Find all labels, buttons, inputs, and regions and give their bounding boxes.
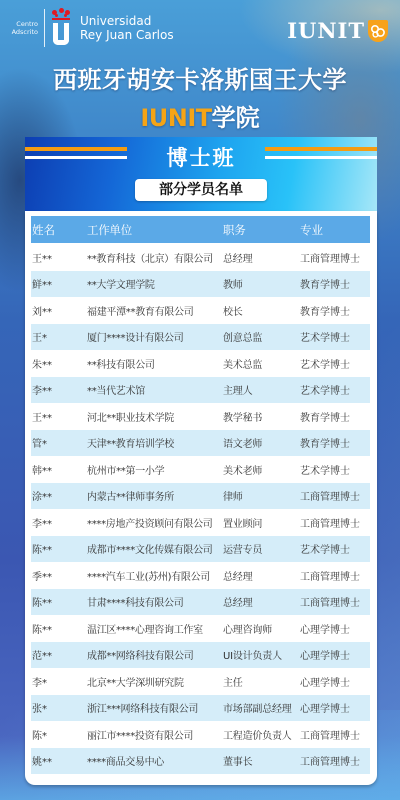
cell-major: 工商管理博士 [300, 488, 370, 503]
cell-org: 温江区****心理咨询工作室 [87, 621, 223, 636]
cell-name: 王** [31, 250, 87, 265]
table-row: 李****当代艺术馆主理人艺术学博士 [31, 377, 370, 404]
table-row: 陈*丽江市****投资有限公司工程造价负责人工商管理博士 [31, 721, 370, 748]
cell-name: 姚** [31, 753, 87, 768]
table-row: 鲜****大学文理学院教师教育学博士 [31, 271, 370, 298]
cell-major: 艺术学博士 [300, 382, 370, 397]
cell-major: 教育学博士 [300, 435, 370, 450]
cell-org: 内蒙古**律师事务所 [87, 488, 223, 503]
table-row: 王****教育科技（北京）有限公司总经理工商管理博士 [31, 244, 370, 271]
cell-position: 市场部副总经理 [223, 700, 300, 715]
cell-major: 教育学博士 [300, 276, 370, 291]
cell-org: ****商品交易中心 [87, 753, 223, 768]
cell-major: 心理学博士 [300, 621, 370, 636]
cell-name: 涂** [31, 488, 87, 503]
cell-major: 心理学博士 [300, 647, 370, 662]
cell-major: 艺术学博士 [300, 356, 370, 371]
cell-major: 工商管理博士 [300, 515, 370, 530]
cell-name: 刘** [31, 303, 87, 318]
cell-org: 成都**网络科技有限公司 [87, 647, 223, 662]
cell-org: 甘肃****科技有限公司 [87, 594, 223, 609]
cell-name: 王* [31, 329, 87, 344]
table-row: 王*厦门****设计有限公司创意总监艺术学博士 [31, 324, 370, 351]
cell-position: 运营专员 [223, 541, 300, 556]
cell-major: 心理学博士 [300, 674, 370, 689]
cell-major: 工商管理博士 [300, 568, 370, 583]
cell-name: 范** [31, 647, 87, 662]
cell-org: ****汽车工业(苏州)有限公司 [87, 568, 223, 583]
cell-org: 杭州市**第一小学 [87, 462, 223, 477]
iunit-logo: IUNIT [287, 20, 388, 42]
table-row: 季******汽车工业(苏州)有限公司总经理工商管理博士 [31, 562, 370, 589]
cell-name: 管* [31, 435, 87, 450]
cell-name: 陈* [31, 727, 87, 742]
iunit-wordmark: IUNIT [287, 20, 365, 42]
cell-position: 总经理 [223, 250, 300, 265]
centro-adscrito-label: Centro Adscrito [8, 20, 38, 36]
university-name: Universidad Rey Juan Carlos [80, 14, 174, 42]
table-row: 姚******商品交易中心董事长工商管理博士 [31, 748, 370, 775]
table-row: 张*浙江***网络科技有限公司市场部副总经理心理学博士 [31, 695, 370, 722]
cell-org: 丽江市****投资有限公司 [87, 727, 223, 742]
page-title: 西班牙胡安卡洛斯国王大学 [0, 60, 400, 95]
cell-name: 李* [31, 674, 87, 689]
cell-position: 总经理 [223, 568, 300, 583]
centro-line-1: Centro [8, 20, 38, 28]
column-header-name: 姓名 [31, 222, 87, 238]
cell-org: **当代艺术馆 [87, 382, 223, 397]
cell-position: 校长 [223, 303, 300, 318]
cell-position: 主任 [223, 674, 300, 689]
cell-org: **大学文理学院 [87, 276, 223, 291]
table-row: 刘**福建平潭**教育有限公司校长教育学博士 [31, 297, 370, 324]
cell-major: 艺术学博士 [300, 541, 370, 556]
cell-name: 陈** [31, 621, 87, 636]
cell-major: 工商管理博士 [300, 753, 370, 768]
cell-position: 主理人 [223, 382, 300, 397]
table-row: 管*天津**教育培训学校语文老师教育学博士 [31, 430, 370, 457]
cell-major: 教育学博士 [300, 409, 370, 424]
cell-name: 王** [31, 409, 87, 424]
cell-position: 美术总监 [223, 356, 300, 371]
cell-major: 工商管理博士 [300, 250, 370, 265]
cell-name: 鲜** [31, 276, 87, 291]
cell-major: 工商管理博士 [300, 727, 370, 742]
cell-position: 工程造价负责人 [223, 727, 300, 742]
column-header-org: 工作单位 [87, 222, 223, 238]
cell-major: 教育学博士 [300, 303, 370, 318]
cell-major: 心理学博士 [300, 700, 370, 715]
cell-name: 季** [31, 568, 87, 583]
subtitle-rest: 学院 [212, 104, 260, 132]
cell-major: 艺术学博士 [300, 462, 370, 477]
cell-position: 美术老师 [223, 462, 300, 477]
cell-org: 天津**教育培训学校 [87, 435, 223, 450]
cell-position: 心理咨询师 [223, 621, 300, 636]
iunit-shield-icon [368, 20, 388, 42]
cell-position: 语文老师 [223, 435, 300, 450]
cell-name: 韩** [31, 462, 87, 477]
program-title: 博士班 [25, 142, 377, 172]
cell-position: 置业顾问 [223, 515, 300, 530]
cell-name: 陈** [31, 541, 87, 556]
cell-org: 成都市****文化传媒有限公司 [87, 541, 223, 556]
table-row: 王**河北**职业技术学院教学秘书教育学博士 [31, 403, 370, 430]
cell-position: 创意总监 [223, 329, 300, 344]
list-label-pill: 部分学员名单 [135, 179, 267, 201]
table-row: 涂**内蒙古**律师事务所律师工商管理博士 [31, 483, 370, 510]
cell-position: 董事长 [223, 753, 300, 768]
column-header-major: 专业 [300, 222, 370, 238]
cell-name: 陈** [31, 594, 87, 609]
cell-org: 河北**职业技术学院 [87, 409, 223, 424]
cell-org: 浙江***网络科技有限公司 [87, 700, 223, 715]
cell-org: 福建平潭**教育有限公司 [87, 303, 223, 318]
cell-position: 律师 [223, 488, 300, 503]
cell-major: 艺术学博士 [300, 329, 370, 344]
table-row: 韩**杭州市**第一小学美术老师艺术学博士 [31, 456, 370, 483]
centro-line-2: Adscrito [8, 28, 38, 36]
cell-org: 北京**大学深圳研究院 [87, 674, 223, 689]
program-banner: 博士班 部分学员名单 [25, 137, 377, 211]
cell-org: ****房地产投资顾问有限公司 [87, 515, 223, 530]
student-list-card: 姓名 工作单位 职务 专业 王****教育科技（北京）有限公司总经理工商管理博士… [25, 211, 377, 785]
cell-org: 厦门****设计有限公司 [87, 329, 223, 344]
cell-org: **教育科技（北京）有限公司 [87, 250, 223, 265]
table-row: 范**成都**网络科技有限公司UI设计负责人心理学博士 [31, 642, 370, 669]
university-name-line-1: Universidad [80, 14, 174, 28]
table-row: 李*北京**大学深圳研究院主任心理学博士 [31, 668, 370, 695]
cell-name: 李** [31, 382, 87, 397]
table-row: 陈**温江区****心理咨询工作室心理咨询师心理学博士 [31, 615, 370, 642]
student-table: 姓名 工作单位 职务 专业 王****教育科技（北京）有限公司总经理工商管理博士… [31, 216, 370, 774]
cell-position: 教师 [223, 276, 300, 291]
cell-name: 李** [31, 515, 87, 530]
cell-org: **科技有限公司 [87, 356, 223, 371]
university-name-line-2: Rey Juan Carlos [80, 28, 174, 42]
cell-position: UI设计负责人 [223, 647, 300, 662]
page-subtitle: IUNIT学院 [0, 98, 400, 133]
logo-divider [44, 9, 45, 47]
urjc-u-icon [50, 8, 72, 48]
table-row: 朱****科技有限公司美术总监艺术学博士 [31, 350, 370, 377]
cell-position: 教学秘书 [223, 409, 300, 424]
table-row: 陈**甘肃****科技有限公司总经理工商管理博士 [31, 589, 370, 616]
urjc-logo: Centro Adscrito Universidad Rey Juan Car… [8, 8, 174, 48]
cell-name: 张* [31, 700, 87, 715]
cell-major: 工商管理博士 [300, 594, 370, 609]
cell-name: 朱** [31, 356, 87, 371]
table-row: 李******房地产投资顾问有限公司置业顾问工商管理博士 [31, 509, 370, 536]
column-header-position: 职务 [223, 222, 300, 238]
table-row: 陈**成都市****文化传媒有限公司运营专员艺术学博士 [31, 536, 370, 563]
cell-position: 总经理 [223, 594, 300, 609]
table-header-row: 姓名 工作单位 职务 专业 [31, 216, 370, 243]
subtitle-accent: IUNIT [140, 104, 211, 132]
